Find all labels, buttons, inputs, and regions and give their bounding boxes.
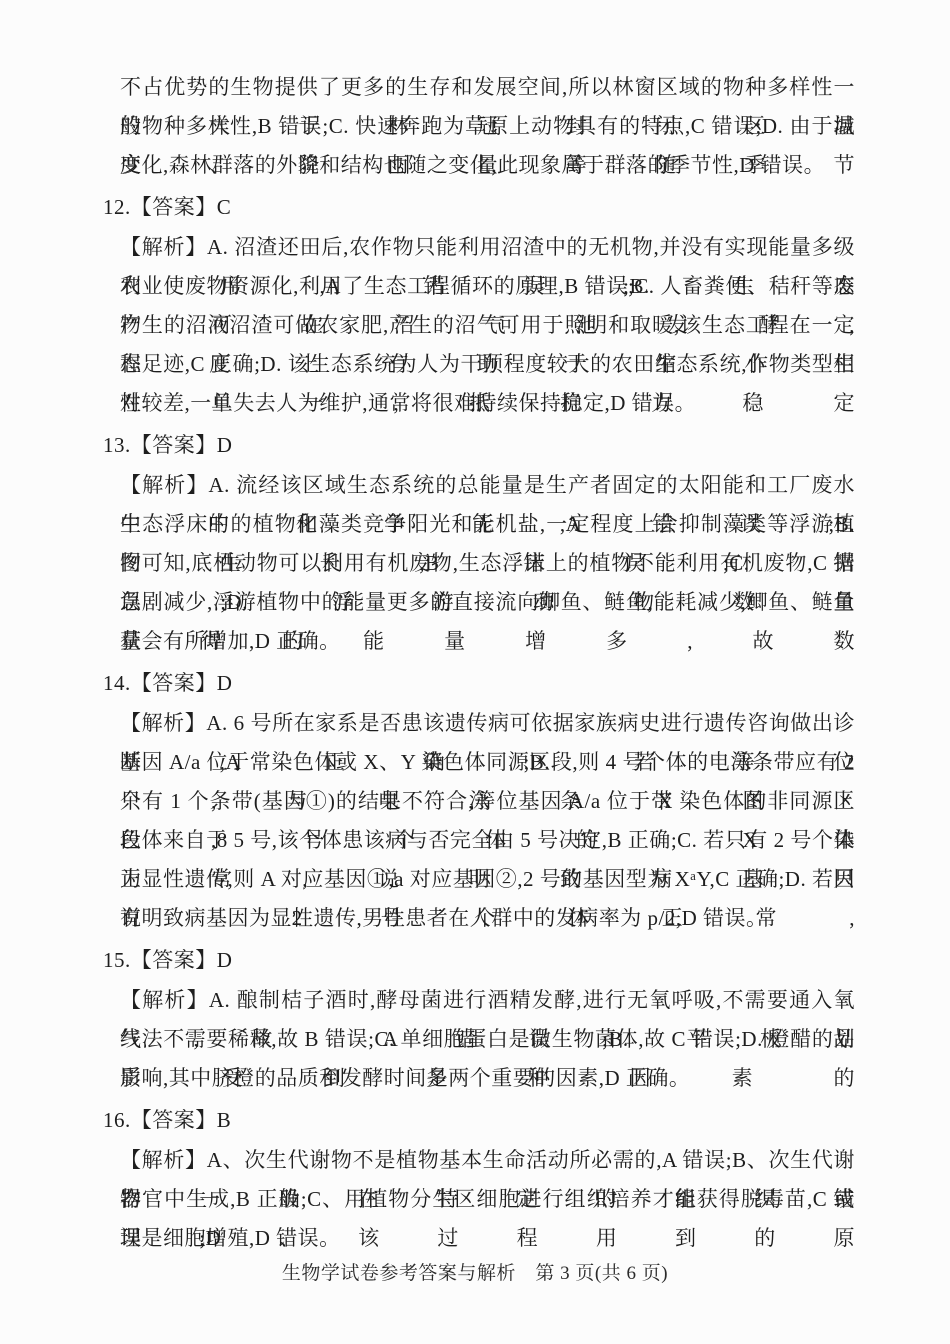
text-line: 器官中生成,B 正确;C、用植物分生区细胞进行组织培养才能获得脱毒苗,C 错误;…: [120, 1180, 855, 1219]
text-line: 的物种多样性,B 错误;C. 快速奔跑为草原上动物具有的特点,C 错误;D. 由…: [120, 107, 855, 146]
text-line: 【解析】A. 沼渣还田后,农作物只能利用沼渣中的无机物,并没有实现能量多级利用,…: [120, 228, 855, 267]
text-line: 【解析】A. 酿制桔子酒时,酵母菌进行酒精发酵,进行无氧呼吸,不需要通入氧气,故…: [120, 981, 855, 1020]
text-line: 生态浮床中的植物和藻类竞争阳光和无机盐,一定程度上会抑制藻类等浮游植物生长,B …: [120, 505, 855, 544]
text-line: 产生的沼液沼渣可做农家肥,产生的沼气可用于照明和取暖,该生态工程在一定程度上有助…: [120, 306, 855, 345]
document-page: 不占优势的生物提供了更多的生存和发展空间,所以林窗区域的物种多样性一般大于林冠封…: [0, 0, 950, 1344]
text-line: 为显性遗传,则 A 对应基因①,a 对应基因②,2 号的基因型为 XᵃY,C 正…: [120, 860, 855, 899]
text-line: 【解析】A. 6 号所在家系是否患该遗传病可依据家族病史进行遗传咨询做出诊断,A…: [120, 704, 855, 743]
document-body: 不占优势的生物提供了更多的生存和发展空间,所以林窗区域的物种多样性一般大于林冠封…: [0, 68, 950, 1258]
page-footer: 生物学试卷参考答案与解析 第 3 页(共 6 页): [0, 1254, 950, 1293]
text-line: 变化,森林群落的外貌和结构也随之变化,此现象属于群落的季节性,D 错误。: [120, 146, 855, 185]
text-line: 【解析】A. 流经该区域生态系统的总能量是生产者固定的太阳能和工厂废水中的化学能…: [120, 466, 855, 505]
text-line: 13.【答案】D: [103, 426, 950, 465]
text-line: 色体来自于 5 号,该个体患该病与否完全由 5 号决定,B 正确;C. 若只有 …: [120, 821, 855, 860]
text-line: 12.【答案】C: [103, 188, 950, 227]
text-line: 急剧减少,浮游植物中的能量更多的直接流向鲫鱼、鲢鱼,能耗减少,鲫鱼、鲢鱼获得的能…: [120, 583, 855, 622]
text-line: 【解析】A、次生代谢物不是植物基本生命活动所必需的,A 错误;B、次生代谢物一般…: [120, 1141, 855, 1180]
text-line: 不占优势的生物提供了更多的生存和发展空间,所以林窗区域的物种多样性一般大于林冠封…: [120, 68, 855, 107]
text-line: 线法不需要稀释,故 B 错误;C. 单细胞蛋白是微生物菌体,故 C 错误;D. …: [120, 1020, 855, 1059]
text-line: 态足迹,C 正确;D. 该生态系统为人为干预程度较大的农田生态系统,作物类型相对…: [120, 345, 855, 384]
text-line: 基因 A/a 位于常染色体或 X、Y 染色体同源区段,则 4 号个体的电泳条带应…: [120, 743, 855, 782]
text-line: 16.【答案】B: [103, 1101, 950, 1140]
text-line: 14.【答案】D: [103, 664, 950, 703]
text-line: 说明致病基因为显性遗传,男性患者在人群中的发病率为 p/2,D 错误。: [120, 899, 855, 938]
text-line: 农业使废物资源化,利用了生态工程循环的原理,B 错误;C. 人畜粪便、秸秆等废物…: [120, 267, 855, 306]
text-line: 15.【答案】D: [103, 941, 950, 980]
text-line: 图可知,底栖动物可以利用有机废物,生态浮床上的植物不能利用有机废物,C 错误;D…: [120, 544, 855, 583]
text-line: 只有 1 个条带(基因①)的结果不符合,等位基因 A/a 位于 X 染色体的非同…: [120, 782, 855, 821]
